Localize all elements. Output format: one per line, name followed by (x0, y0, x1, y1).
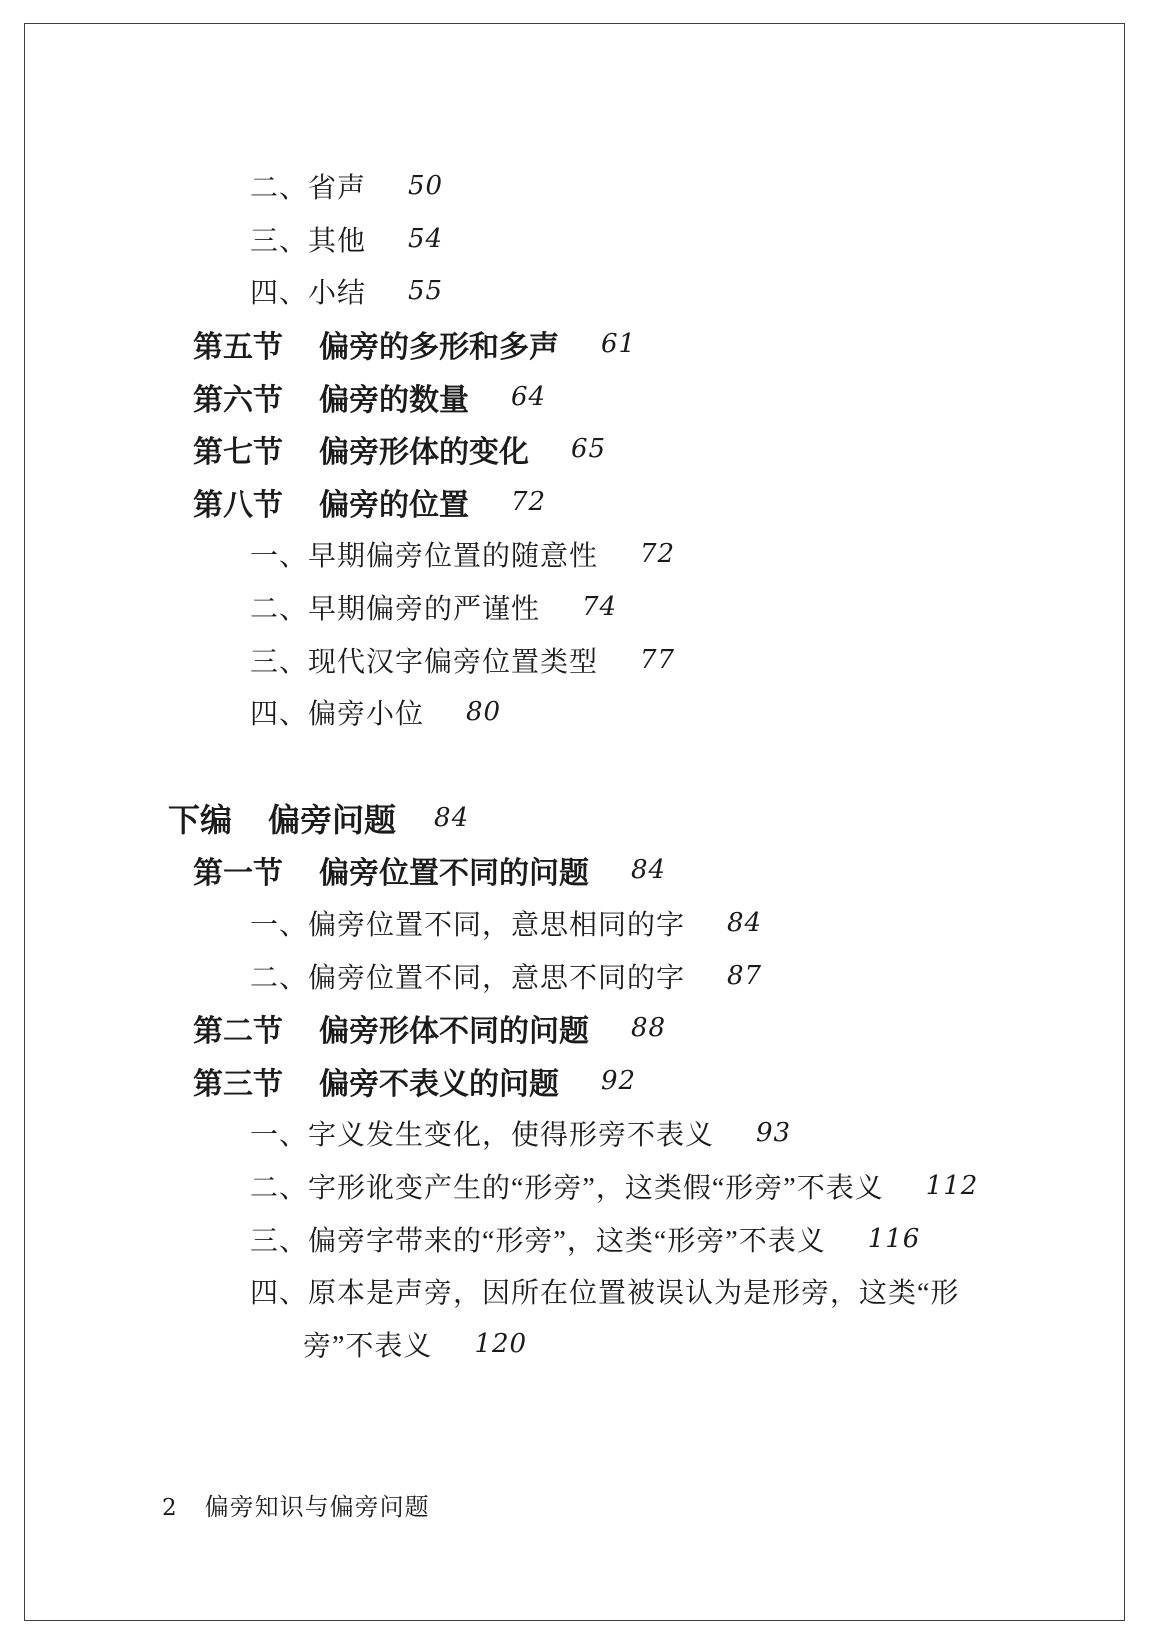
toc-entry-page-number: 116 (868, 1224, 921, 1254)
toc-entry: 二、偏旁位置不同，意思不同的字87 (0, 949, 1150, 1002)
toc-entry-page-number: 93 (756, 1118, 791, 1148)
toc-entry-title: 偏旁的位置 (319, 480, 469, 524)
toc-entry-page-number: 74 (582, 592, 617, 622)
toc-entry-text: 四、原本是声旁，因所在位置被误认为是形旁，这类“形 (250, 1271, 959, 1311)
toc-entry-page-number: 84 (631, 855, 666, 885)
toc-entry: 二、省声50 (0, 160, 1150, 213)
toc-entry-page-number: 80 (466, 697, 501, 727)
toc-entry-text: 二、省声 (250, 166, 366, 206)
footer-book-title: 偏旁知识与偏旁问题 (205, 1487, 430, 1522)
toc-entry: 旁”不表义120 (0, 1317, 1150, 1370)
toc-entry: 第一节偏旁位置不同的问题84 (0, 844, 1150, 897)
toc-entry-text: 二、字形讹变产生的“形旁”，这类假“形旁”不表义 (250, 1166, 884, 1206)
toc-entry-text: 旁”不表义 (303, 1324, 432, 1364)
toc-entry-page-number: 84 (434, 803, 469, 833)
toc-entry-marker: 第二节 (193, 1006, 283, 1050)
toc-entry-marker: 第八节 (193, 480, 283, 524)
toc-entry-page-number: 112 (926, 1171, 979, 1201)
toc-entry: 四、原本是声旁，因所在位置被误认为是形旁，这类“形 (0, 1265, 1150, 1318)
toc-entry-text: 三、偏旁字带来的“形旁”，这类“形旁”不表义 (250, 1219, 826, 1259)
toc-entry-page-number: 50 (408, 171, 443, 201)
toc-entry: 第七节偏旁形体的变化65 (0, 423, 1150, 476)
toc-entry: 三、偏旁字带来的“形旁”，这类“形旁”不表义116 (0, 1212, 1150, 1265)
toc-entry-marker: 下编 (168, 795, 232, 841)
page-footer: 2 偏旁知识与偏旁问题 (162, 1487, 430, 1522)
table-of-contents: 二、省声50三、其他54四、小结55第五节偏旁的多形和多声61第六节偏旁的数量6… (0, 160, 1150, 1370)
toc-entry-page-number: 120 (474, 1329, 527, 1359)
toc-entry-title: 偏旁位置不同的问题 (319, 848, 589, 892)
toc-entry-text: 三、其他 (250, 219, 366, 259)
toc-entry-text: 一、偏旁位置不同，意思相同的字 (250, 903, 685, 943)
footer-page-number: 2 (162, 1495, 177, 1521)
toc-entry: 下编偏旁问题84 (0, 792, 1150, 845)
toc-entry-page-number: 77 (640, 645, 675, 675)
toc-entry: 一、早期偏旁位置的随意性72 (0, 528, 1150, 581)
toc-entry-text: 四、偏旁小位 (250, 692, 424, 732)
toc-entry: 第八节偏旁的位置72 (0, 476, 1150, 529)
toc-entry-title: 偏旁问题 (268, 795, 396, 841)
toc-entry-text: 四、小结 (250, 271, 366, 311)
toc-entry: 第五节偏旁的多形和多声61 (0, 318, 1150, 371)
toc-entry-title: 偏旁的多形和多声 (319, 322, 559, 366)
toc-entry: 一、偏旁位置不同，意思相同的字84 (0, 897, 1150, 950)
toc-entry-text: 一、字义发生变化，使得形旁不表义 (250, 1113, 714, 1153)
toc-entry: 二、字形讹变产生的“形旁”，这类假“形旁”不表义112 (0, 1160, 1150, 1213)
toc-entry: 第二节偏旁形体不同的问题88 (0, 1002, 1150, 1055)
toc-entry-title: 偏旁不表义的问题 (319, 1059, 559, 1103)
toc-entry-page-number: 84 (727, 908, 762, 938)
toc-entry-page-number: 92 (601, 1066, 636, 1096)
toc-entry-page-number: 65 (571, 434, 606, 464)
toc-entry-page-number: 64 (511, 382, 546, 412)
toc-entry-title: 偏旁的数量 (319, 375, 469, 419)
book-page: 二、省声50三、其他54四、小结55第五节偏旁的多形和多声61第六节偏旁的数量6… (0, 0, 1150, 1646)
toc-entry-marker: 第五节 (193, 322, 283, 366)
toc-entry-page-number: 88 (631, 1013, 666, 1043)
toc-entry-page-number: 72 (511, 487, 546, 517)
toc-entry: 第三节偏旁不表义的问题92 (0, 1055, 1150, 1108)
toc-entry: 三、其他54 (0, 213, 1150, 266)
toc-entry-marker: 第一节 (193, 848, 283, 892)
toc-entry-marker: 第六节 (193, 375, 283, 419)
toc-entry: 第六节偏旁的数量64 (0, 370, 1150, 423)
toc-entry-marker: 第七节 (193, 427, 283, 471)
toc-entry: 一、字义发生变化，使得形旁不表义93 (0, 1107, 1150, 1160)
toc-entry-page-number: 61 (601, 329, 636, 359)
toc-entry-page-number: 72 (640, 539, 675, 569)
toc-entry-title: 偏旁形体的变化 (319, 427, 529, 471)
toc-entry-title: 偏旁形体不同的问题 (319, 1006, 589, 1050)
toc-entry: 三、现代汉字偏旁位置类型77 (0, 633, 1150, 686)
toc-entry-page-number: 54 (408, 224, 443, 254)
toc-entry-text: 二、早期偏旁的严谨性 (250, 587, 540, 627)
toc-entry-page-number: 55 (408, 276, 443, 306)
toc-entry: 四、偏旁小位80 (0, 686, 1150, 739)
toc-entry-page-number: 87 (727, 961, 762, 991)
toc-entry-text: 二、偏旁位置不同，意思不同的字 (250, 956, 685, 996)
toc-entry: 四、小结55 (0, 265, 1150, 318)
toc-entry-marker: 第三节 (193, 1059, 283, 1103)
toc-entry: 二、早期偏旁的严谨性74 (0, 581, 1150, 634)
toc-entry-text: 三、现代汉字偏旁位置类型 (250, 640, 598, 680)
toc-entry-text: 一、早期偏旁位置的随意性 (250, 534, 598, 574)
